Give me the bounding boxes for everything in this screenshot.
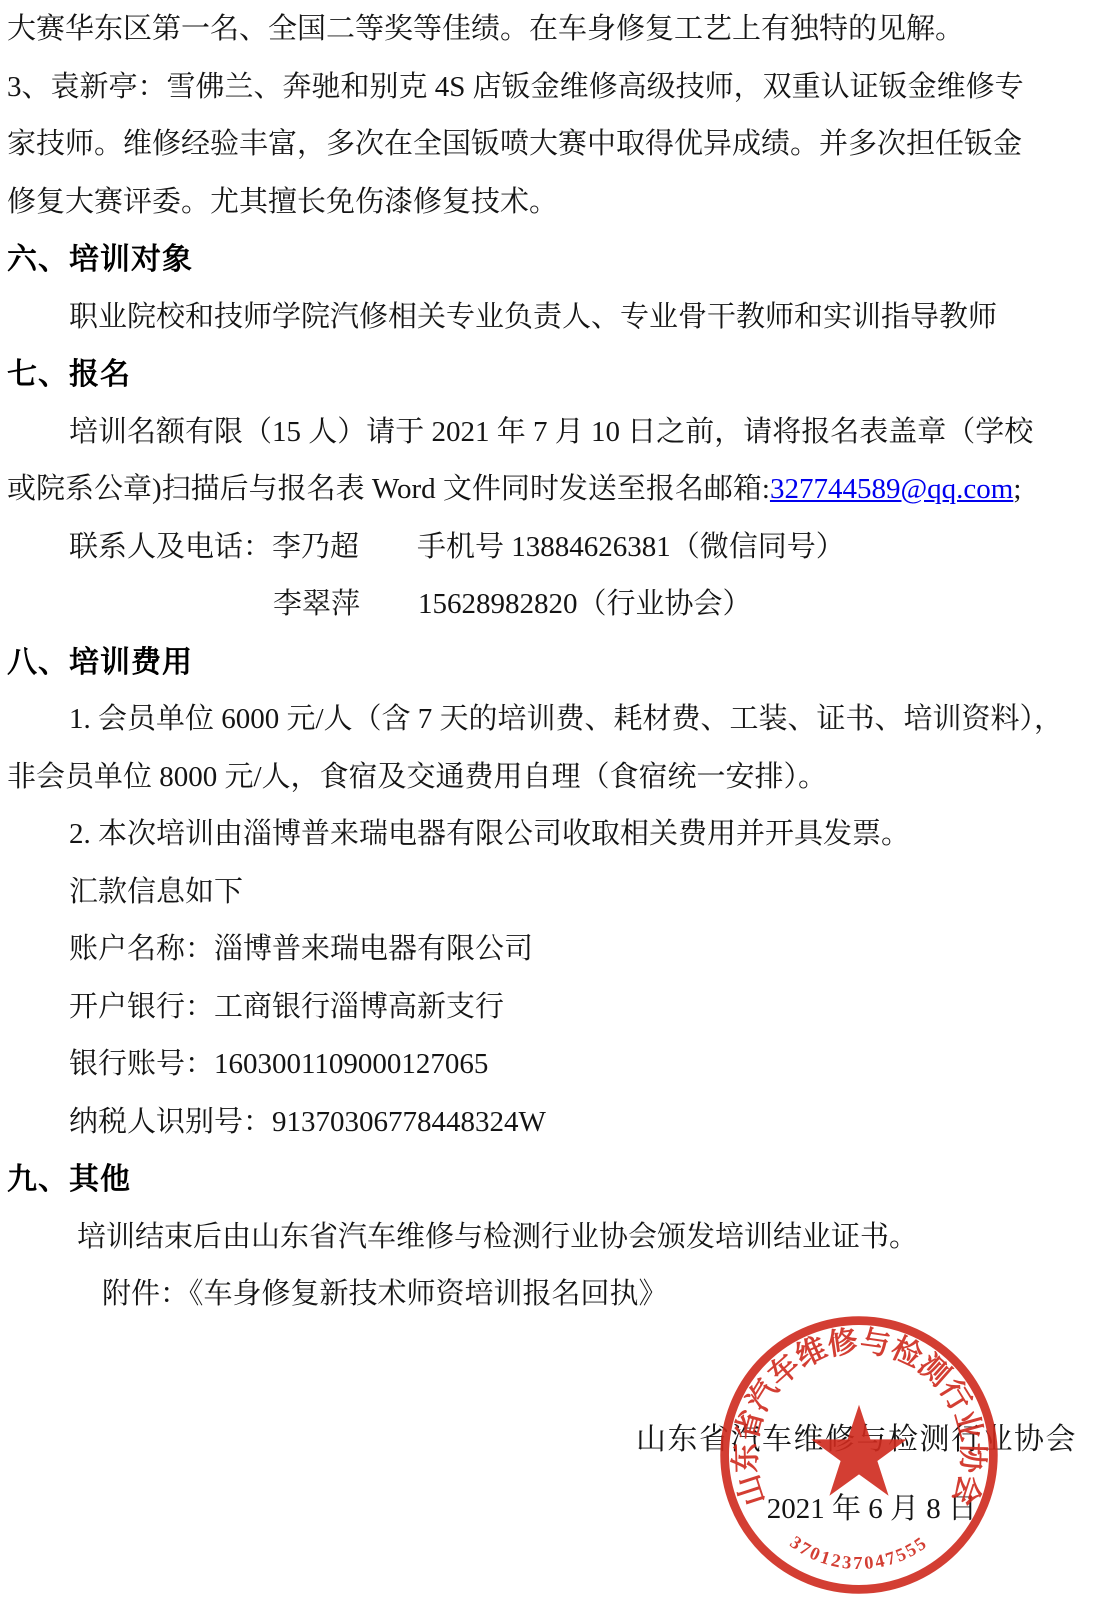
document-page: 大赛华东区第一名、全国二等奖等佳绩。在车身修复工艺上有独特的见解。 3、袁新亭：…: [0, 0, 1115, 1600]
doc-line: 职业院校和技师学院汽修相关专业负责人、专业骨干教师和实训指导教师: [7, 289, 1108, 347]
heading-registration: 七、报名: [7, 346, 1108, 404]
doc-line-attachment: 附件：《车身修复新技术师资培训报名回执》: [7, 1266, 1108, 1324]
doc-line: 大赛华东区第一名、全国二等奖等佳绩。在车身修复工艺上有独特的见解。: [7, 1, 1108, 59]
doc-line-bank: 开户银行：工商银行淄博高新支行: [7, 979, 1108, 1037]
doc-line-tax-id: 纳税人识别号：91370306778448324W: [7, 1094, 1108, 1152]
doc-line-contact-2: 李翠萍 15628982820（行业协会）: [7, 576, 1108, 634]
document-body: 大赛华东区第一名、全国二等奖等佳绩。在车身修复工艺上有独特的见解。 3、袁新亭：…: [7, 1, 1108, 1324]
doc-line-account-name: 账户名称：淄博普来瑞电器有限公司: [7, 921, 1108, 979]
doc-line: 3、袁新亭：雪佛兰、奔驰和别克 4S 店钣金维修高级技师，双重认证钣金维修专: [7, 59, 1108, 117]
email-link[interactable]: 327744589@qq.com: [770, 473, 1013, 505]
email-line-prefix: 或院系公章)扫描后与报名表 Word 文件同时发送至报名邮箱:: [7, 473, 770, 505]
doc-line: 非会员单位 8000 元/人，食宿及交通费用自理（食宿统一安排）。: [7, 749, 1108, 807]
doc-line: 2. 本次培训由淄博普来瑞电器有限公司收取相关费用并开具发票。: [7, 806, 1108, 864]
doc-line: 培训名额有限（15 人）请于 2021 年 7 月 10 日之前，请将报名表盖章…: [7, 404, 1108, 462]
heading-training-fee: 八、培训费用: [7, 634, 1108, 692]
doc-line: 1. 会员单位 6000 元/人（含 7 天的培训费、耗材费、工装、证书、培训资…: [7, 691, 1108, 749]
doc-line: 修复大赛评委。尤其擅长免伤漆修复技术。: [7, 174, 1108, 232]
doc-line-email: 或院系公章)扫描后与报名表 Word 文件同时发送至报名邮箱:327744589…: [7, 461, 1108, 519]
signature-date: 2021 年 6 月 8 日: [767, 1486, 977, 1527]
doc-line-contact-1: 联系人及电话：李乃超 手机号 13884626381（微信同号）: [7, 519, 1108, 577]
email-line-suffix: ;: [1013, 473, 1021, 505]
doc-line-bank-account: 银行账号：1603001109000127065: [7, 1036, 1108, 1094]
seal-serial-number: 3701237047555: [786, 1532, 931, 1573]
heading-other: 九、其他: [7, 1151, 1108, 1209]
doc-line: 家技师。维修经验丰富，多次在全国钣喷大赛中取得优异成绩。并多次担任钣金: [7, 116, 1108, 174]
heading-training-target: 六、培训对象: [7, 231, 1108, 289]
signature-organization: 山东省汽车维修与检测行业协会: [636, 1414, 1077, 1458]
doc-line: 汇款信息如下: [7, 864, 1108, 922]
doc-line: 培训结束后由山东省汽车维修与检测行业协会颁发培训结业证书。: [7, 1209, 1108, 1267]
